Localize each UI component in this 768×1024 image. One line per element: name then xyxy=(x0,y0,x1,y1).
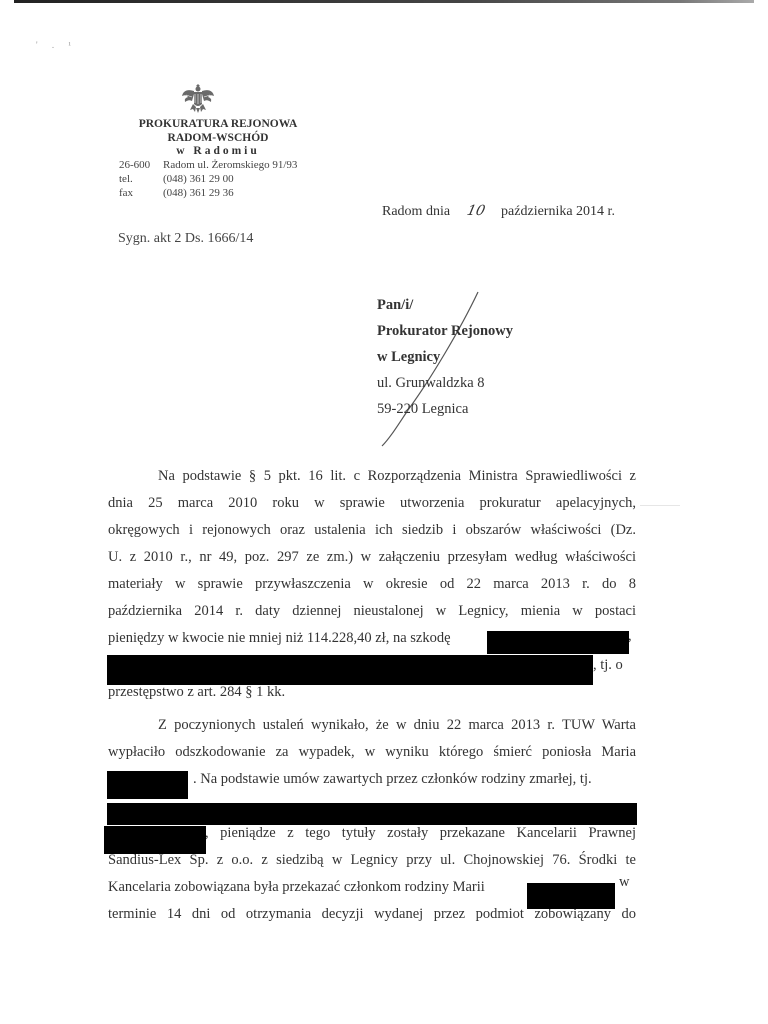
document-date: Radom dnia 10 października 2014 r. xyxy=(382,203,615,220)
paragraph-line: U. z 2010 r., nr 49, poz. 297 ze zm.) w … xyxy=(108,544,636,571)
case-reference: Sygn. akt 2 Ds. 1666/14 xyxy=(118,231,253,247)
scan-top-edge xyxy=(14,0,754,3)
redaction-box xyxy=(107,655,593,685)
org-district: RADOM-WSCHÓD xyxy=(118,132,318,146)
recipient-title: Prokurator Rejonowy xyxy=(377,318,513,344)
paragraph-line: Na podstawie § 5 pkt. 16 lit. c Rozporzą… xyxy=(108,463,636,490)
paragraph-line: okręgowych i rejonowych oraz ustalenia i… xyxy=(108,517,636,544)
handwritten-day: 10 xyxy=(452,203,499,219)
polish-eagle-emblem-icon xyxy=(180,80,216,116)
trailing-w: w xyxy=(619,874,629,891)
date-prefix: Radom dnia xyxy=(382,204,450,219)
tel-number: (048) 361 29 00 xyxy=(163,172,234,186)
recipient-city: 59-220 Legnica xyxy=(377,396,513,422)
paragraph-line: materiały w sprawie przywłaszczenia w ok… xyxy=(108,571,636,598)
fax-label: fax xyxy=(119,186,163,200)
recipient-salutation: Pan/i/ xyxy=(377,292,513,318)
organization-header: PROKURATURA REJONOWA RADOM-WSCHÓD w Rado… xyxy=(118,118,318,159)
tel-label: tel. xyxy=(119,172,163,186)
recipient-address: Pan/i/ Prokurator Rejonowy w Legnicy ul.… xyxy=(377,292,513,422)
paragraph-line: października 2014 r. daty dziennej nieus… xyxy=(108,598,636,625)
redaction-box xyxy=(107,771,188,799)
redaction-box xyxy=(107,803,637,825)
paragraph-line: Z poczynionych ustaleń wynikało, że w dn… xyxy=(108,712,636,739)
org-name: PROKURATURA REJONOWA xyxy=(118,118,318,132)
scan-artifacts: ' . ¹ xyxy=(36,40,77,50)
scan-artifact-line xyxy=(640,505,680,506)
recipient-street: ul. Grunwaldzka 8 xyxy=(377,370,513,396)
paragraph-line: wypłaciło odszkodowanie za wypadek, w wy… xyxy=(108,739,636,766)
paragraph-line: dnia 25 marca 2010 roku w sprawie utworz… xyxy=(108,490,636,517)
redaction-box xyxy=(527,883,615,909)
street-address: Radom ul. Żeromskiego 91/93 xyxy=(163,158,297,172)
org-city: w Radomiu xyxy=(118,145,318,159)
fax-number: (048) 361 29 36 xyxy=(163,186,234,200)
redaction-box xyxy=(104,826,206,854)
recipient-office: w Legnicy xyxy=(377,344,513,370)
postal-code: 26-600 xyxy=(119,158,163,172)
date-suffix: października 2014 r. xyxy=(501,204,615,219)
redaction-box xyxy=(487,631,629,654)
organization-address: 26-600 Radom ul. Żeromskiego 91/93 tel. … xyxy=(119,158,297,200)
